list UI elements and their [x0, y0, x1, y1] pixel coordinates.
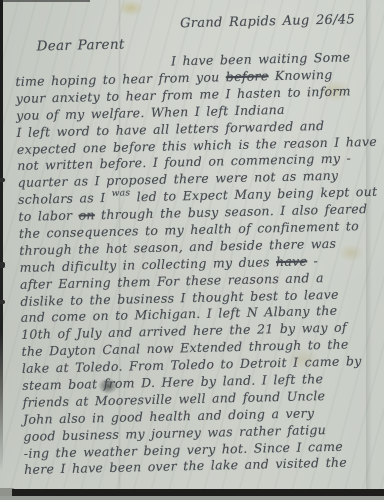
struck-word: before: [226, 68, 269, 84]
letter-body: Grand Rapids Aug 26/45 Dear Parent I hav…: [14, 12, 384, 480]
scan-edge-left: [0, 0, 3, 472]
scan-edge-mark: [0, 178, 5, 182]
line-text: to labor: [18, 208, 78, 224]
line-text: scholars as I: [18, 190, 112, 207]
inserted-word: was: [112, 189, 131, 199]
struck-word: on: [78, 207, 95, 222]
line-text: -: [307, 253, 318, 268]
scan-edge-bottom-strip: [0, 496, 384, 500]
scan-edge-top: [0, 0, 90, 2]
scan-edge-mark: [0, 262, 5, 268]
letter-lines: time hoping to hear from you before Know…: [15, 66, 384, 480]
letter-page: Grand Rapids Aug 26/45 Dear Parent I hav…: [0, 0, 384, 500]
scan-edge-mark: [0, 300, 5, 304]
line-text: Knowing: [268, 67, 332, 83]
stain: [118, 0, 144, 16]
struck-word: have: [276, 253, 308, 269]
